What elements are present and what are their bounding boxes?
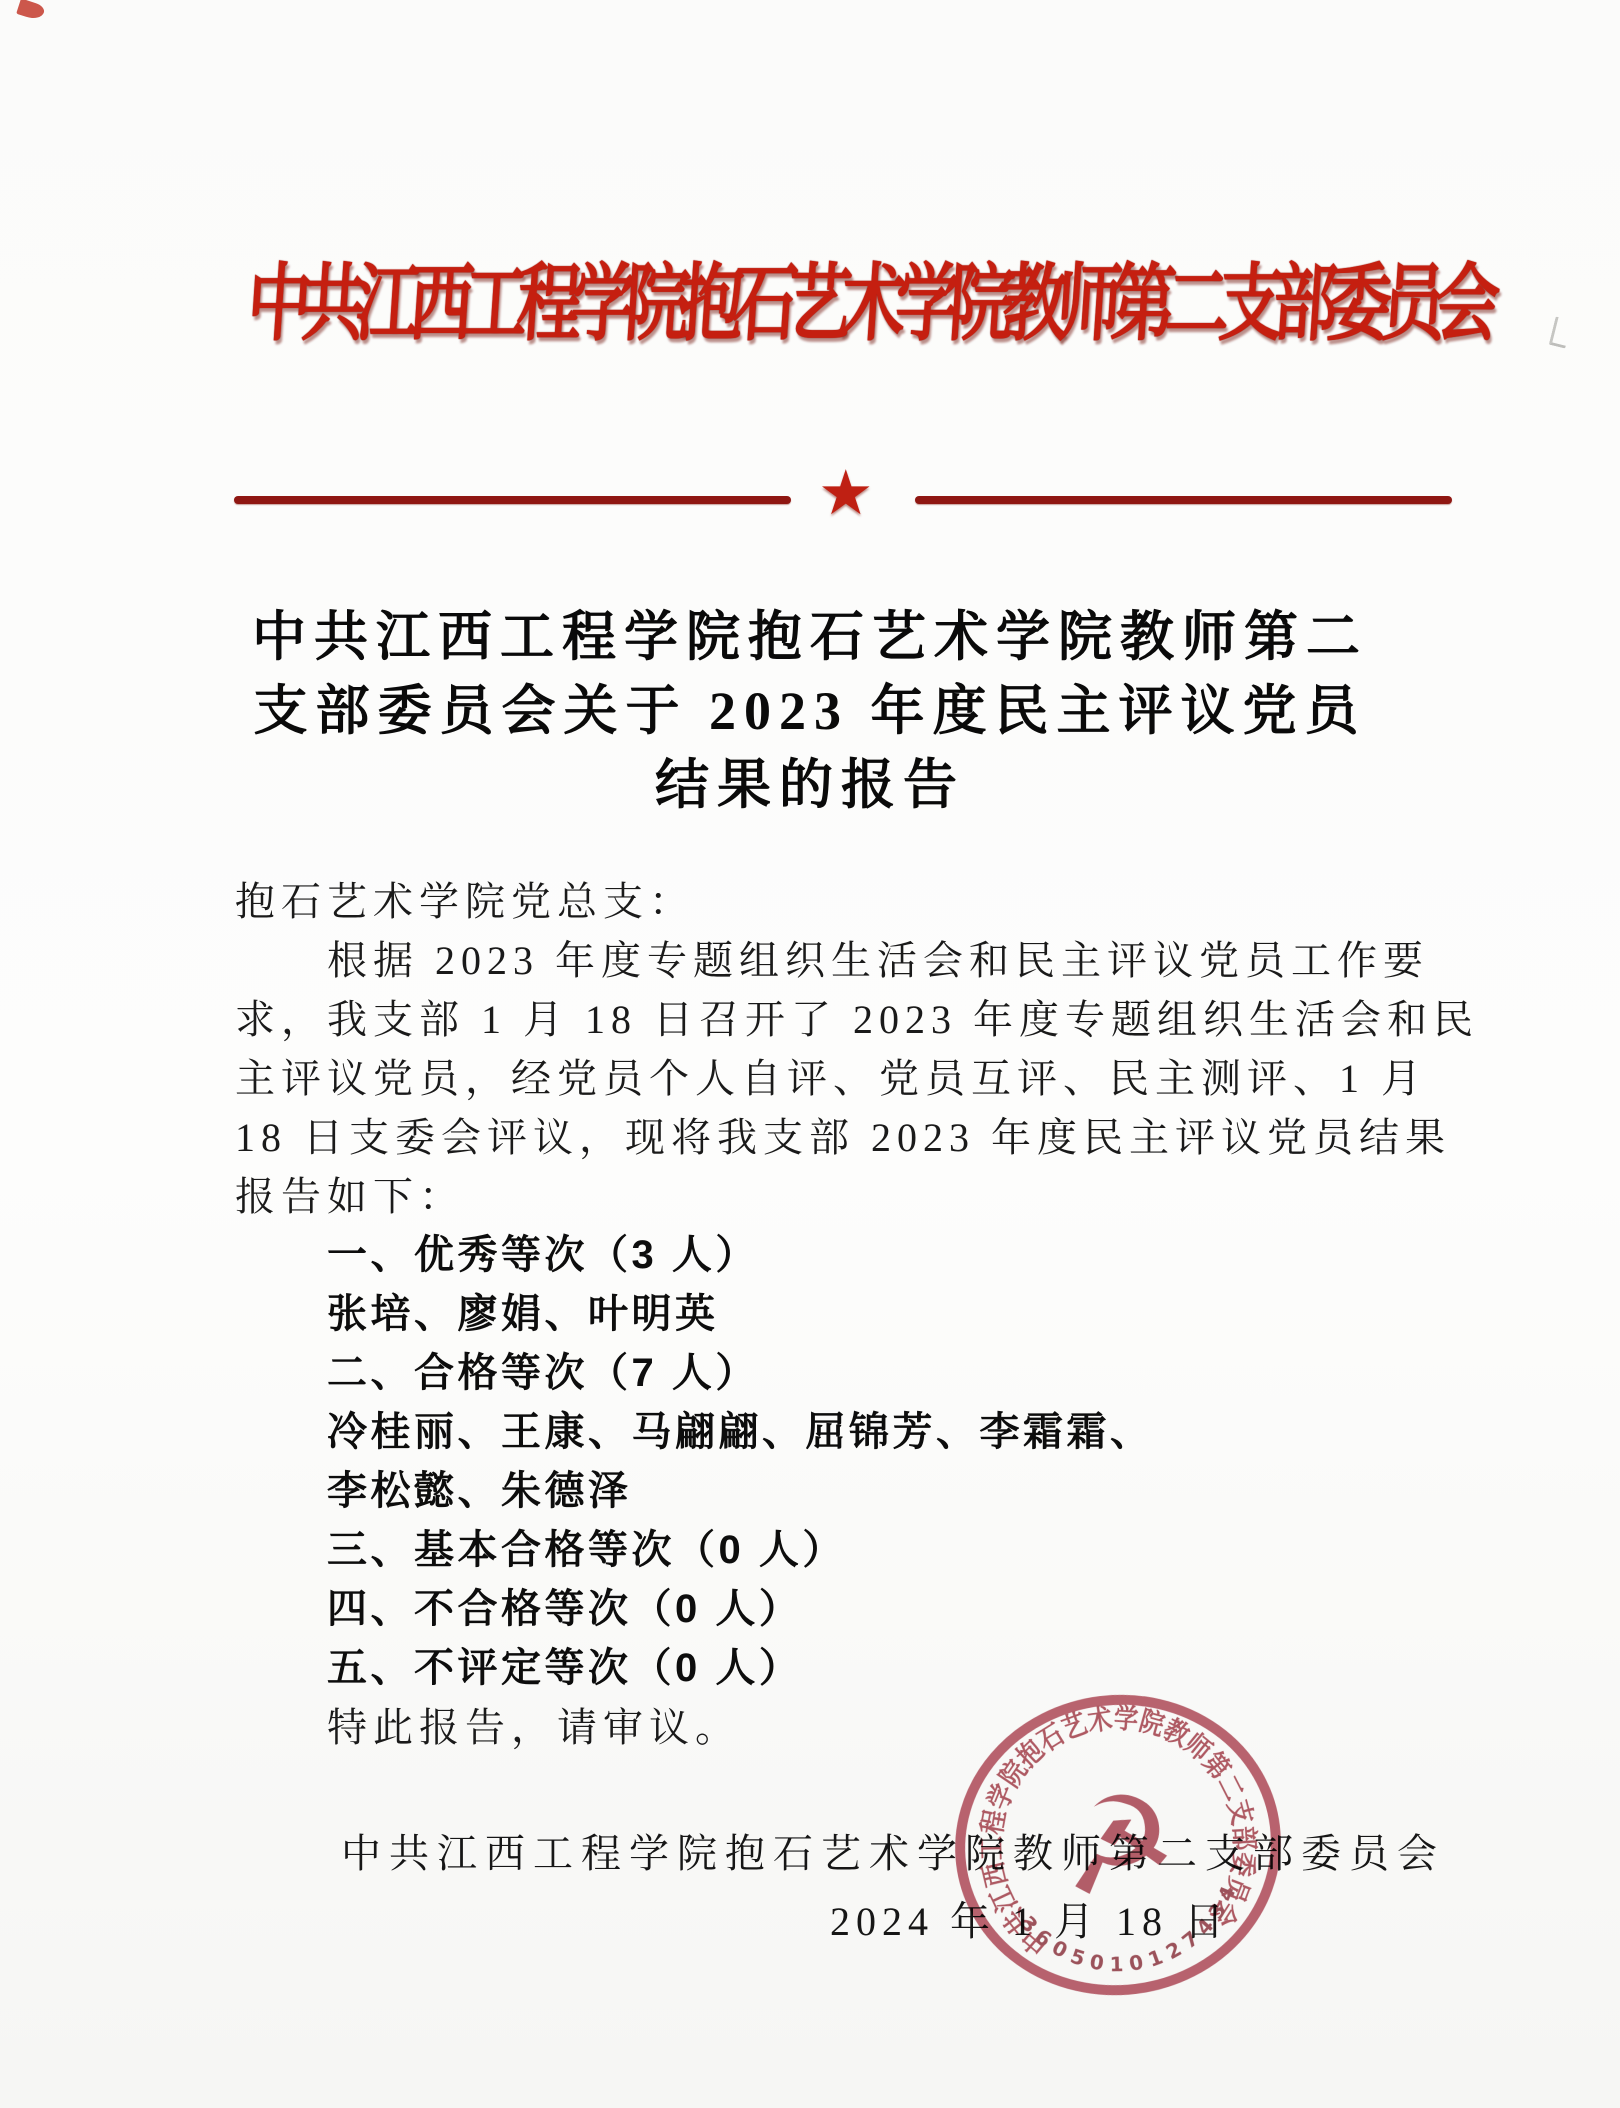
divider-rule-left [234,496,791,504]
paragraph-line: 报告如下： [235,1167,1450,1226]
grade-heading-basically-qualified: 三、基本合格等次（0 人） [235,1521,1450,1580]
name-list-qualified-2: 李松懿、朱德泽 [235,1462,1450,1521]
name-list-excellent: 张培、廖娟、叶明英 [235,1285,1450,1344]
letterhead-org-title: 中共江西工程学院抱石艺术学院教师第二支部委员会 [244,236,1494,357]
paragraph-line: 根据 2023 年度专题组织生活会和民主评议党员工作要 [235,931,1450,990]
grade-heading-unqualified: 四、不合格等次（0 人） [235,1580,1450,1639]
title-line-2: 支部委员会关于 2023 年度民主评议党员 [0,674,1620,748]
paragraph-line: 主评议党员，经党员个人自评、党员互评、民主测评、1 月 [235,1049,1450,1108]
document-page: 中共江西工程学院抱石艺术学院教师第二支部委员会 ★ 中共江西工程学院抱石艺术学院… [0,0,1620,2108]
paragraph-line: 求，我支部 1 月 18 日召开了 2023 年度专题组织生活会和民 [235,990,1450,1049]
divider-rule-right [915,496,1452,504]
official-seal: 中共江西工程学院抱石艺术学院教师第二支部委员会 3605010127434 ☭ [923,1650,1313,2040]
salutation: 抱石艺术学院党总支： [235,872,1450,931]
paragraph-line: 18 日支委会评议，现将我支部 2023 年度民主评议党员结果 [235,1108,1450,1167]
hammer-sickle-icon: ☭ [1051,1762,1185,1927]
name-list-qualified-1: 冷桂丽、王康、马翩翩、屈锦芳、李霜霜、 [235,1403,1450,1462]
grade-heading-excellent: 一、优秀等次（3 人） [235,1226,1450,1285]
gray-scan-artifact [1549,316,1573,348]
grade-heading-qualified: 二、合格等次（7 人） [235,1344,1450,1403]
title-line-3: 结果的报告 [0,748,1620,822]
document-title: 中共江西工程学院抱石艺术学院教师第二 支部委员会关于 2023 年度民主评议党员… [0,600,1620,822]
title-line-1: 中共江西工程学院抱石艺术学院教师第二 [0,600,1620,674]
red-speck-artifact [16,0,46,22]
document-body: 抱石艺术学院党总支： 根据 2023 年度专题组织生活会和民主评议党员工作要 求… [235,872,1450,1757]
star-icon: ★ [818,462,874,524]
